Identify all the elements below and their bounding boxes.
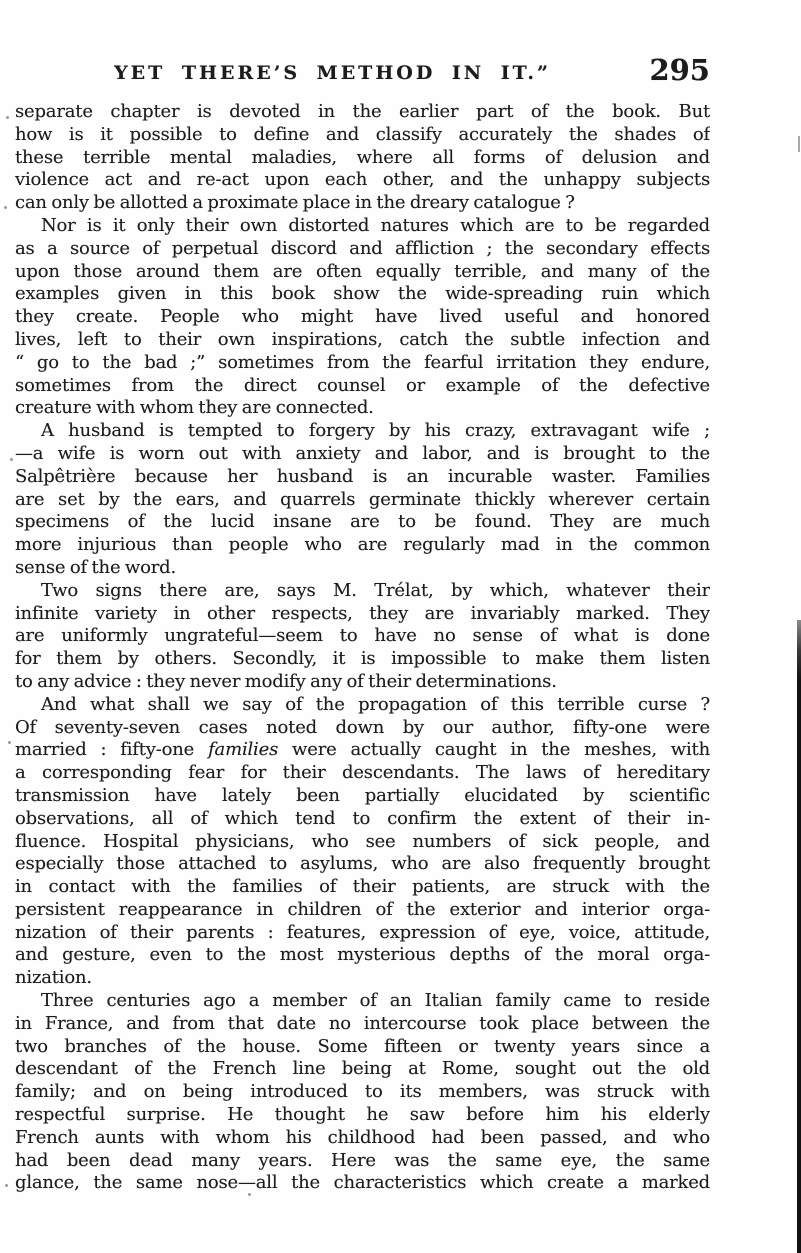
text-line: transmission have lately been partially …: [15, 785, 710, 808]
text-line: a corresponding fear for their descendan…: [15, 762, 710, 785]
text-line: nization.: [15, 967, 710, 990]
text-line: creature with whom they are connected.: [15, 397, 710, 420]
text-line: Salpêtrière because her husband is an in…: [15, 466, 710, 489]
text-line: glance, the same nose—all the characteri…: [15, 1172, 710, 1195]
text-line: more injurious than people who are regul…: [15, 534, 710, 557]
text-line: are uniformly ungrateful—seem to have no…: [15, 625, 710, 648]
scan-speck: [6, 116, 9, 119]
text-line: “ go to the bad ;” sometimes from the fe…: [15, 352, 710, 375]
scan-speck: [8, 741, 11, 744]
text-line: specimens of the lucid insane are to be …: [15, 511, 710, 534]
text-line: these terrible mental maladies, where al…: [15, 147, 710, 170]
scan-speck: [4, 206, 7, 209]
text-line: two branches of the house. Some fifteen …: [15, 1036, 710, 1059]
text-line: separate chapter is devoted in the earli…: [15, 101, 710, 124]
page-body: separate chapter is devoted in the earli…: [15, 101, 710, 1195]
scanned-book-page: YET THERE’S METHOD IN IT.” 295 separate …: [0, 0, 801, 1253]
text-line: in France, and from that date no interco…: [15, 1013, 710, 1036]
text-line: descendant of the French line being at R…: [15, 1058, 710, 1081]
text-line: especially those attached to asylums, wh…: [15, 853, 710, 876]
text-line: and gesture, even to the most mysterious…: [15, 944, 710, 967]
text-line: examples given in this book show the wid…: [15, 283, 710, 306]
scan-speck: [248, 1193, 251, 1196]
text-line: —a wife is worn out with anxiety and lab…: [15, 443, 710, 466]
scan-speck: [10, 458, 13, 461]
text-line: persistent reappearance in children of t…: [15, 899, 710, 922]
running-header: YET THERE’S METHOD IN IT.” 295: [15, 55, 710, 91]
text-line: nization of their parents : features, ex…: [15, 922, 710, 945]
text-line: sense of the word.: [15, 557, 710, 580]
text-line: can only be allotted a proximate place i…: [15, 192, 710, 215]
text-line: how is it possible to define and classif…: [15, 124, 710, 147]
page-number: 295: [649, 52, 710, 88]
text-line: French aunts with whom his childhood had…: [15, 1127, 710, 1150]
text-line: respectful surprise. He thought he saw b…: [15, 1104, 710, 1127]
text-line: for them by others. Secondly, it is impo…: [15, 648, 710, 671]
text-line: Two signs there are, says M. Trélat, by …: [15, 580, 710, 603]
text-line: And what shall we say of the propagation…: [15, 694, 710, 717]
text-line: Nor is it only their own distorted natur…: [15, 215, 710, 238]
text-line: they create. People who might have lived…: [15, 306, 710, 329]
text-line: Of seventy-seven cases noted down by our…: [15, 717, 710, 740]
text-line: observations, all of which tend to confi…: [15, 808, 710, 831]
text-line: Three centuries ago a member of an Itali…: [15, 990, 710, 1013]
text-line: sometimes from the direct counsel or exa…: [15, 375, 710, 398]
text-line: married : fifty-one families were actual…: [15, 739, 710, 762]
text-line: as a source of perpetual discord and aff…: [15, 238, 710, 261]
text-line: upon those around them are often equally…: [15, 261, 710, 284]
page-title: YET THERE’S METHOD IN IT.”: [15, 62, 650, 84]
text-line: had been dead many years. Here was the s…: [15, 1150, 710, 1173]
scan-edge-tick: [798, 136, 800, 152]
text-line: infinite variety in other respects, they…: [15, 603, 710, 626]
text-line: are set by the ears, and quarrels germin…: [15, 489, 710, 512]
text-line: to any advice : they never modify any of…: [15, 671, 710, 694]
text-line: lives, left to their own inspirations, c…: [15, 329, 710, 352]
text-line: fluence. Hospital physicians, who see nu…: [15, 831, 710, 854]
text-line: family; and on being introduced to its m…: [15, 1081, 710, 1104]
text-line: in contact with the families of their pa…: [15, 876, 710, 899]
text-line: A husband is tempted to forgery by his c…: [15, 420, 710, 443]
scan-speck: [5, 1184, 8, 1187]
text-line: violence act and re-act upon each other,…: [15, 169, 710, 192]
scan-edge-line: [797, 620, 801, 1253]
